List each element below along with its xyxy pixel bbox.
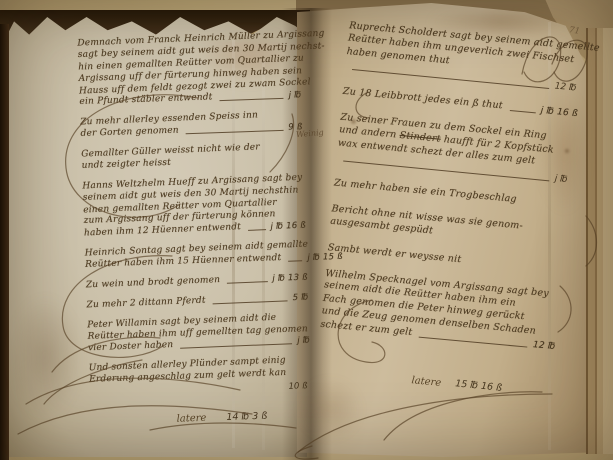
folio-number: 71 bbox=[568, 25, 580, 37]
page-stack-edges bbox=[586, 28, 613, 454]
right-page-entries: Ruprecht Scholdert sagt bey seinem aidt … bbox=[320, 20, 585, 354]
entry-amount: 12 ℔ bbox=[532, 339, 556, 353]
left-page-text: Demnach vom Franck Heinrich Müller zu Ar… bbox=[77, 30, 313, 429]
right-page-text: Ruprecht Scholdert sagt bey seinem aidt … bbox=[315, 20, 584, 402]
binding-board-edge bbox=[0, 24, 9, 460]
left-page-entry-7-line-1: Zu mehr 2 dittann Pferdt5 ℔ bbox=[86, 291, 308, 312]
ruled-dash bbox=[180, 343, 292, 348]
left-page-entry-9: Und sonsten allerley Plünder sampt einig… bbox=[89, 355, 312, 400]
entry-amount: j ℔ bbox=[289, 90, 302, 102]
right-sum-label: latere bbox=[411, 374, 442, 390]
left-page-entry-1: Demnach vom Franck Heinrich Müller zu Ar… bbox=[77, 30, 301, 109]
left-page-entry-4: Hanns Weltzhelm Hueff zu Argissang sagt … bbox=[82, 173, 306, 240]
ruled-dash bbox=[419, 337, 528, 348]
ruled-dash bbox=[288, 260, 302, 261]
ruled-dash bbox=[248, 229, 266, 231]
left-page-entry-6: Zu wein und brodt genomenj ℔ 13 ß bbox=[86, 272, 308, 292]
right-page-entry-7: Wilhelm Specknagel vom Argissang sagt be… bbox=[320, 267, 561, 354]
left-page-entry-7: Zu mehr 2 dittann Pferdt5 ℔ bbox=[86, 292, 308, 312]
paper-stain bbox=[8, 295, 82, 420]
ruled-dash bbox=[220, 98, 284, 101]
entry-amount: 5 ℔ bbox=[292, 292, 308, 304]
left-page-entry-8: Peter Willamin sagt bey seinem aidt dieR… bbox=[87, 312, 310, 355]
ruled-dash bbox=[509, 110, 535, 113]
right-page-entry-5: Bericht ohne nit wisse was sie genom-aus… bbox=[330, 202, 567, 250]
ruled-dash bbox=[227, 281, 267, 284]
ruled-dash bbox=[186, 130, 284, 134]
entry-amount: 12 ℔ bbox=[554, 80, 577, 94]
left-page-entry-5: Heinrich Sontag sagt bey seinem aidt gem… bbox=[85, 240, 308, 271]
left-page-entry-3: Gemallter Güller weisst nicht wie derund… bbox=[81, 141, 304, 172]
left-sum-amount: 14 ℔ 3 ß bbox=[226, 410, 267, 424]
left-page-entries: Demnach vom Franck Heinrich Müller zu Ar… bbox=[77, 30, 312, 400]
left-page-entry-6-line-1: Zu wein und brodt genomenj ℔ 13 ß bbox=[86, 271, 308, 292]
ruled-dash bbox=[213, 300, 288, 304]
entry-amount: j ℔ 16 ß bbox=[270, 220, 306, 233]
entry-amount: j ℔ 16 ß bbox=[540, 104, 578, 120]
entry-amount: j ℔ bbox=[554, 173, 568, 186]
entry-amount: j ℔ bbox=[297, 335, 310, 347]
entry-amount: j ℔ 13 ß bbox=[272, 272, 308, 285]
right-page-entry-3: Zu seiner Frauen zu dem Sockel ein Ringu… bbox=[336, 111, 576, 186]
left-sum-label: latere bbox=[176, 412, 206, 426]
manuscript-photo: Demnach vom Franck Heinrich Müller zu Ar… bbox=[0, 0, 613, 460]
left-page-entry-2: Zu mehr allerley essenden Speiss innder … bbox=[80, 109, 303, 140]
entry-amount: 10 ß bbox=[288, 381, 307, 393]
